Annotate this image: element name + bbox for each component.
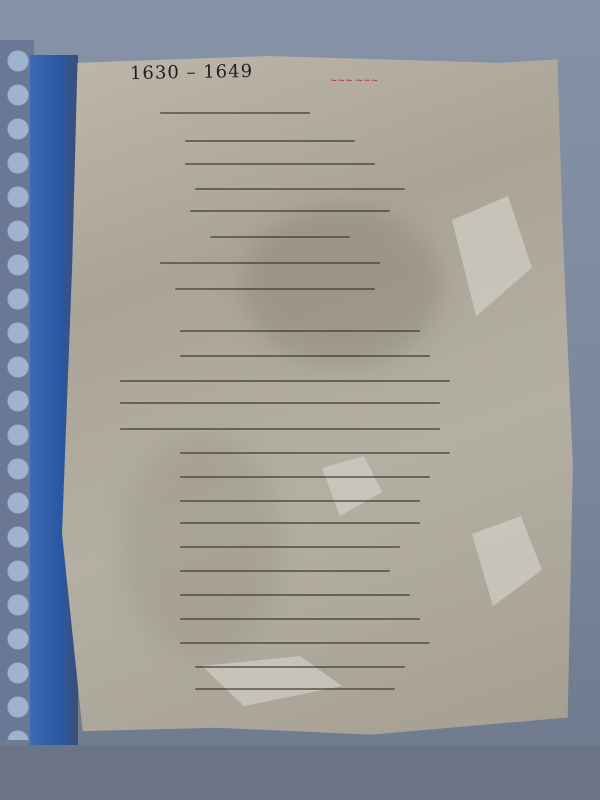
paper-tear	[472, 516, 542, 606]
pencil-date-annotation: 1630 – 1649	[130, 61, 253, 84]
paper-tear	[202, 656, 342, 706]
plastic-sleeve	[0, 40, 34, 740]
stain	[242, 206, 442, 366]
red-ink-annotation: ~~~ ~~~	[330, 76, 378, 86]
paper-tear	[322, 456, 382, 516]
manuscript-page	[62, 56, 578, 738]
backdrop-shadow	[0, 745, 600, 800]
paper-tear	[452, 196, 532, 316]
